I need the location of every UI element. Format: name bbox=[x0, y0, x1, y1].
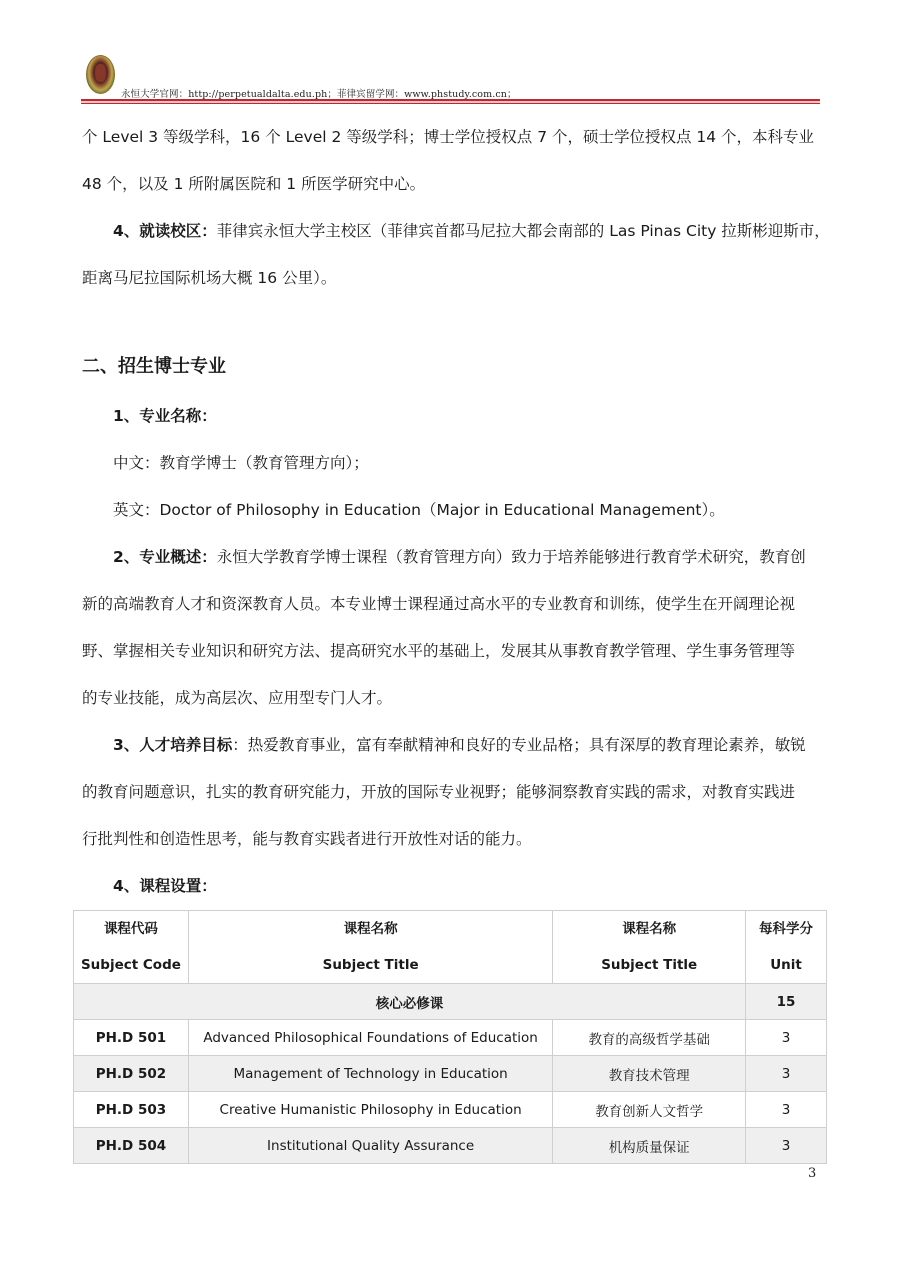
subject-code: PH.D 502 bbox=[74, 1056, 189, 1092]
campus-paragraph: 4、就读校区：菲律宾永恒大学主校区（菲律宾首都马尼拉大都会南部的 Las Pin… bbox=[82, 208, 822, 255]
overview-paragraph: 2、专业概述：永恒大学教育学博士课程（教育管理方向）致力于培养能够进行教育学术研… bbox=[82, 534, 822, 581]
intro-line-2: 48 个，以及 1 所附属医院和 1 所医学研究中心。 bbox=[82, 161, 822, 208]
university-crest-icon bbox=[86, 55, 115, 94]
subject-title-cn: 机构质量保证 bbox=[553, 1128, 746, 1164]
subject-units: 3 bbox=[746, 1056, 827, 1092]
group-row-core: 核心必修课 15 bbox=[74, 984, 827, 1020]
goals-line-2: 的教育问题意识，扎实的教育研究能力，开放的国际专业视野；能够洞察教育实践的需求，… bbox=[82, 769, 822, 816]
subject-title-cn: 教育的高级哲学基础 bbox=[553, 1020, 746, 1056]
table-row: PH.D 501 Advanced Philosophical Foundati… bbox=[74, 1020, 827, 1056]
subject-units: 3 bbox=[746, 1128, 827, 1164]
subject-title-cn: 教育创新人文哲学 bbox=[553, 1092, 746, 1128]
group-units: 15 bbox=[746, 984, 827, 1020]
overview-text: 永恒大学教育学博士课程（教育管理方向）致力于培养能够进行教育学术研究，教育创 bbox=[217, 548, 806, 566]
overview-line-4: 的专业技能，成为高层次、应用型专门人才。 bbox=[82, 675, 822, 722]
table-row: PH.D 504 Institutional Quality Assurance… bbox=[74, 1128, 827, 1164]
subject-title-en: Advanced Philosophical Foundations of Ed… bbox=[188, 1020, 552, 1056]
table-row: PH.D 503 Creative Humanistic Philosophy … bbox=[74, 1092, 827, 1128]
curriculum-label: 4、课程设置： bbox=[82, 863, 822, 910]
subject-code: PH.D 501 bbox=[74, 1020, 189, 1056]
subject-title-en: Institutional Quality Assurance bbox=[188, 1128, 552, 1164]
intro-line-1: 个 Level 3 等级学科，16 个 Level 2 等级学科；博士学位授权点… bbox=[82, 114, 822, 161]
english-name: 英文：Doctor of Philosophy in Education（Maj… bbox=[82, 487, 822, 534]
page-number: 3 bbox=[808, 1166, 816, 1181]
group-label: 核心必修课 bbox=[74, 984, 746, 1020]
overview-line-3: 野、掌握相关专业知识和研究方法、提高研究水平的基础上，发展其从事教育教学管理、学… bbox=[82, 628, 822, 675]
table-row: PH.D 502 Management of Technology in Edu… bbox=[74, 1056, 827, 1092]
goals-text: ：热爱教育事业，富有奉献精神和良好的专业品格；具有深厚的教育理论素养，敏锐 bbox=[232, 736, 806, 754]
major-name-label: 1、专业名称： bbox=[82, 393, 822, 440]
subject-title-en: Management of Technology in Education bbox=[188, 1056, 552, 1092]
subject-title-en: Creative Humanistic Philosophy in Educat… bbox=[188, 1092, 552, 1128]
subject-code: PH.D 503 bbox=[74, 1092, 189, 1128]
campus-label: 4、就读校区： bbox=[113, 222, 217, 240]
header-subject-code: 课程代码Subject Code bbox=[74, 911, 189, 984]
header-unit: 每科学分Unit bbox=[746, 911, 827, 984]
goals-line-3: 行批判性和创造性思考，能与教育实践者进行开放性对话的能力。 bbox=[82, 816, 822, 863]
header-subject-title-en: 课程名称Subject Title bbox=[188, 911, 552, 984]
overview-label: 2、专业概述： bbox=[113, 548, 217, 566]
table-header-row: 课程代码Subject Code 课程名称Subject Title 课程名称S… bbox=[74, 911, 827, 984]
subject-code: PH.D 504 bbox=[74, 1128, 189, 1164]
goals-paragraph: 3、人才培养目标：热爱教育事业，富有奉献精神和良好的专业品格；具有深厚的教育理论… bbox=[82, 722, 822, 769]
header-websites: 永恒大学官网：http://perpetualdalta.edu.ph；菲律宾留… bbox=[121, 86, 517, 100]
campus-line-2: 距离马尼拉国际机场大概 16 公里）。 bbox=[82, 255, 822, 302]
goals-label: 3、人才培养目标 bbox=[113, 736, 232, 754]
campus-text: 菲律宾永恒大学主校区（菲律宾首都马尼拉大都会南部的 Las Pinas City… bbox=[217, 222, 830, 240]
subject-title-cn: 教育技术管理 bbox=[553, 1056, 746, 1092]
page-header: 永恒大学官网：http://perpetualdalta.edu.ph；菲律宾留… bbox=[83, 52, 820, 104]
header-divider bbox=[81, 99, 820, 104]
overview-line-2: 新的高端教育人才和资深教育人员。本专业博士课程通过高水平的专业教育和训练，使学生… bbox=[82, 581, 822, 628]
header-subject-title-cn: 课程名称Subject Title bbox=[553, 911, 746, 984]
course-table: 课程代码Subject Code 课程名称Subject Title 课程名称S… bbox=[73, 910, 827, 1164]
subject-units: 3 bbox=[746, 1020, 827, 1056]
subject-units: 3 bbox=[746, 1092, 827, 1128]
intro-section: 个 Level 3 等级学科，16 个 Level 2 等级学科；博士学位授权点… bbox=[82, 114, 822, 302]
chinese-name: 中文：教育学博士（教育管理方向）； bbox=[82, 440, 822, 487]
doctoral-program-section: 1、专业名称： 中文：教育学博士（教育管理方向）； 英文：Doctor of P… bbox=[82, 393, 822, 910]
section-title: 二、招生博士专业 bbox=[82, 352, 226, 382]
